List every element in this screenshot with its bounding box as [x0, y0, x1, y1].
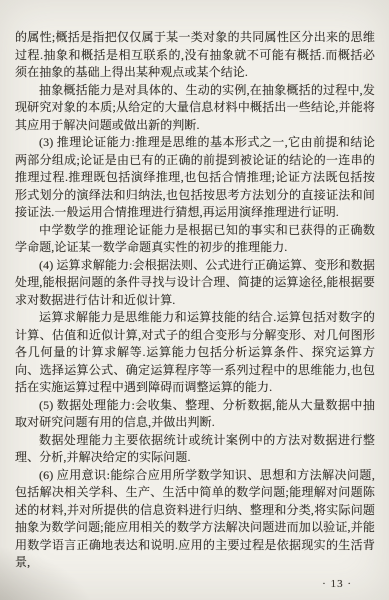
page-number: · 13 ·	[15, 578, 375, 590]
paragraph-continuation: 的属性;概括是指把仅仅属于某一类对象的共同属性区分出来的思维过程.抽象和概括是相…	[15, 29, 375, 82]
paragraph-application-awareness: (6) 应用意识:能综合应用所学数学知识、思想和方法解决问题,包括解决相关学科、…	[15, 467, 375, 572]
paragraph-calculation-ability: (4) 运算求解能力:会根据法则、公式进行正确运算、变形和数据处理,能根据问题的…	[15, 257, 375, 310]
paragraph-data-processing-ability: (5) 数据处理能力:会收集、整理、分析数据,能从大量数据中抽取对研究问题有用的…	[15, 397, 375, 432]
paragraph-reasoning-definition: 中学数学的推理论证能力是根据已知的事实和已获得的正确数学命题,论证某一数学命题真…	[15, 222, 375, 257]
paragraph-abstract-generalization: 抽象概括能力是对具体的、生动的实例,在抽象概括的过程中,发现研究对象的本质;从给…	[15, 82, 375, 135]
paragraph-data-processing-detail: 数据处理能力主要依据统计或统计案例中的方法对数据进行整理、分析,并解决给定的实际…	[15, 432, 375, 467]
paragraph-calculation-detail: 运算求解能力是思维能力和运算技能的结合.运算包括对数字的计算、估值和近似计算,对…	[15, 309, 375, 397]
paragraph-reasoning-ability: (3) 推理论证能力:推理是思维的基本形式之一,它由前提和结论两部分组成;论证是…	[15, 134, 375, 222]
scanned-book-page: 的属性;概括是指把仅仅属于某一类对象的共同属性区分出来的思维过程.抽象和概括是相…	[0, 0, 389, 600]
text-block: 的属性;概括是指把仅仅属于某一类对象的共同属性区分出来的思维过程.抽象和概括是相…	[15, 29, 375, 572]
